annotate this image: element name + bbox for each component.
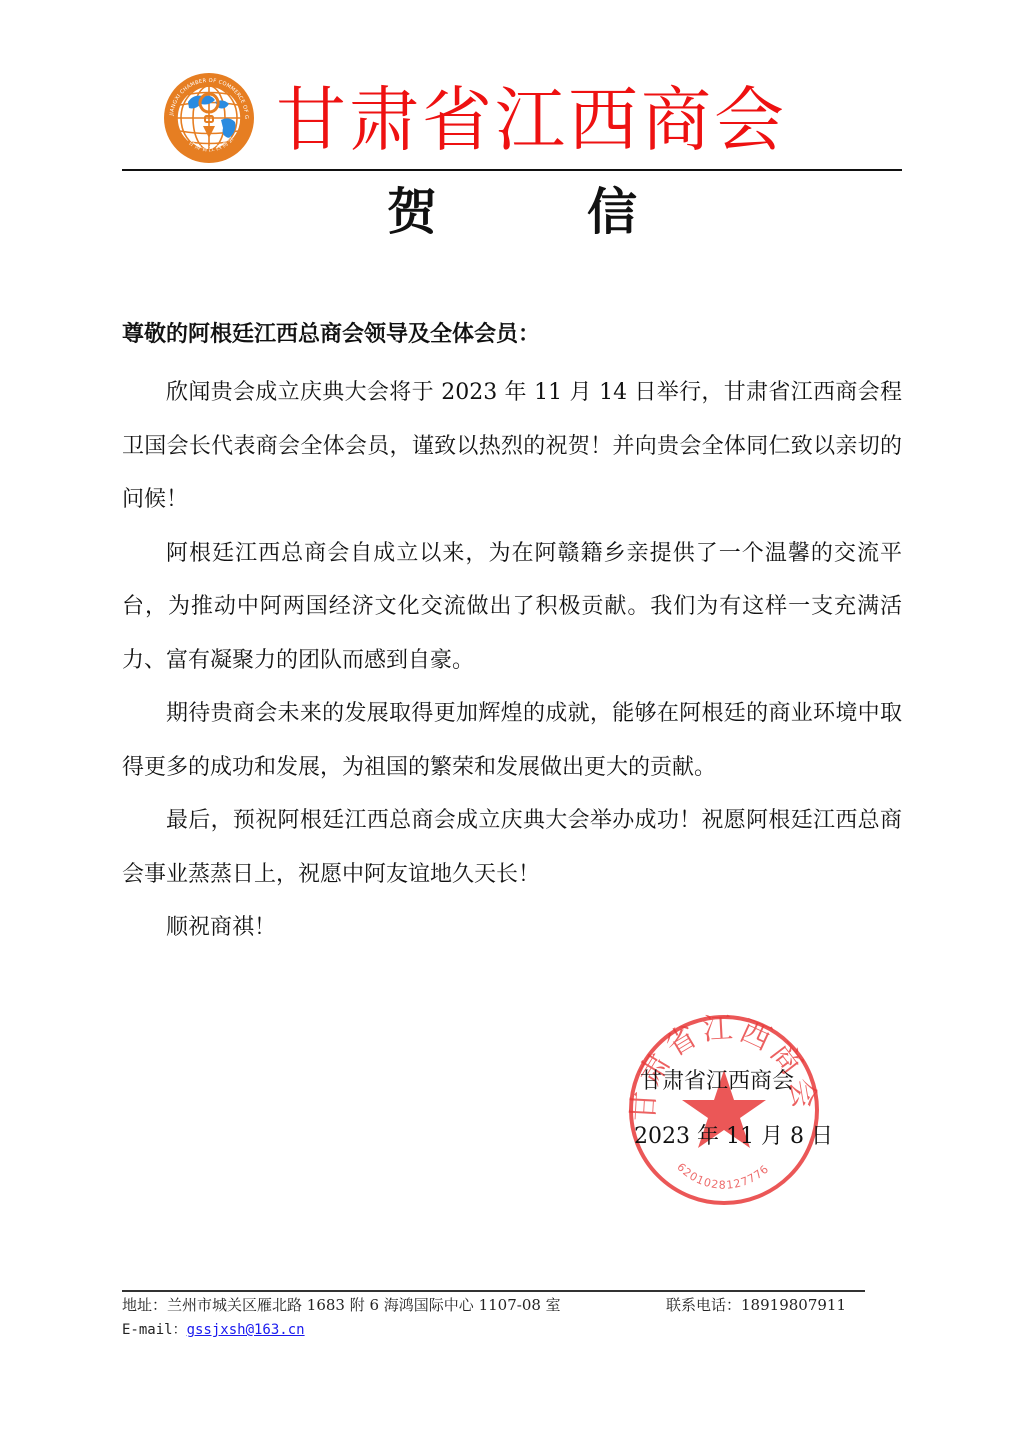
signature-date: 2023 年 11 月 8 日 bbox=[634, 1119, 833, 1155]
email-label: E-mail： bbox=[122, 1322, 187, 1338]
email-link[interactable]: gssjxsh@163.cn bbox=[187, 1322, 305, 1338]
paragraph-2: 阿根廷江西总商会自成立以来，为在阿赣籍乡亲提供了一个温馨的交流平台，为推动中阿两… bbox=[122, 527, 902, 688]
footer-divider bbox=[122, 1290, 865, 1292]
signature-organization: 甘肃省江西商会 bbox=[640, 1064, 794, 1100]
official-seal-icon: 甘肃省江西商会 6201028127776 bbox=[626, 1012, 822, 1208]
salutation: 尊敬的阿根廷江西总商会领导及全体会员： bbox=[122, 316, 540, 352]
paragraph-4: 最后，预祝阿根廷江西总商会成立庆典大会举办成功！祝愿阿根廷江西总商会事业蒸蒸日上… bbox=[122, 794, 902, 901]
globe-emblem-icon: JIANGXI CHAMBER OF COMMERCE OF GANSU PRO… bbox=[163, 72, 255, 164]
footer-email: E-mail：gssjxsh@163.cn bbox=[122, 1318, 305, 1341]
address-label: 地址： bbox=[122, 1296, 167, 1314]
phone-label: 联系电话： bbox=[666, 1296, 741, 1314]
letter-body: 欣闻贵会成立庆典大会将于 2023 年 11 月 14 日举行，甘肃省江西商会程… bbox=[122, 366, 902, 955]
phone-value: 18919807911 bbox=[741, 1296, 846, 1314]
title-char-2: 信 bbox=[587, 180, 637, 244]
paragraph-1: 欣闻贵会成立庆典大会将于 2023 年 11 月 14 日举行，甘肃省江西商会程… bbox=[122, 366, 902, 527]
official-seal: 甘肃省江西商会 6201028127776 bbox=[626, 1012, 822, 1208]
footer-phone: 联系电话：18919807911 bbox=[666, 1294, 846, 1316]
header-divider bbox=[122, 169, 902, 171]
chamber-logo: JIANGXI CHAMBER OF COMMERCE OF GANSU PRO… bbox=[163, 72, 255, 164]
svg-text:6201028127776: 6201028127776 bbox=[674, 1161, 771, 1192]
letter-page: JIANGXI CHAMBER OF COMMERCE OF GANSU PRO… bbox=[0, 0, 1024, 1449]
organization-name: 甘肃省江西商会 bbox=[276, 72, 787, 168]
paragraph-closing: 顺祝商祺！ bbox=[122, 901, 902, 955]
footer-address: 地址：兰州市城关区雁北路 1683 附 6 海鸿国际中心 1107-08 室 bbox=[122, 1294, 561, 1316]
paragraph-3: 期待贵商会未来的发展取得更加辉煌的成就，能够在阿根廷的商业环境中取得更多的成功和… bbox=[122, 687, 902, 794]
document-title: 贺信 bbox=[0, 180, 1024, 244]
title-char-1: 贺 bbox=[387, 180, 437, 244]
address-value: 兰州市城关区雁北路 1683 附 6 海鸿国际中心 1107-08 室 bbox=[167, 1296, 561, 1314]
